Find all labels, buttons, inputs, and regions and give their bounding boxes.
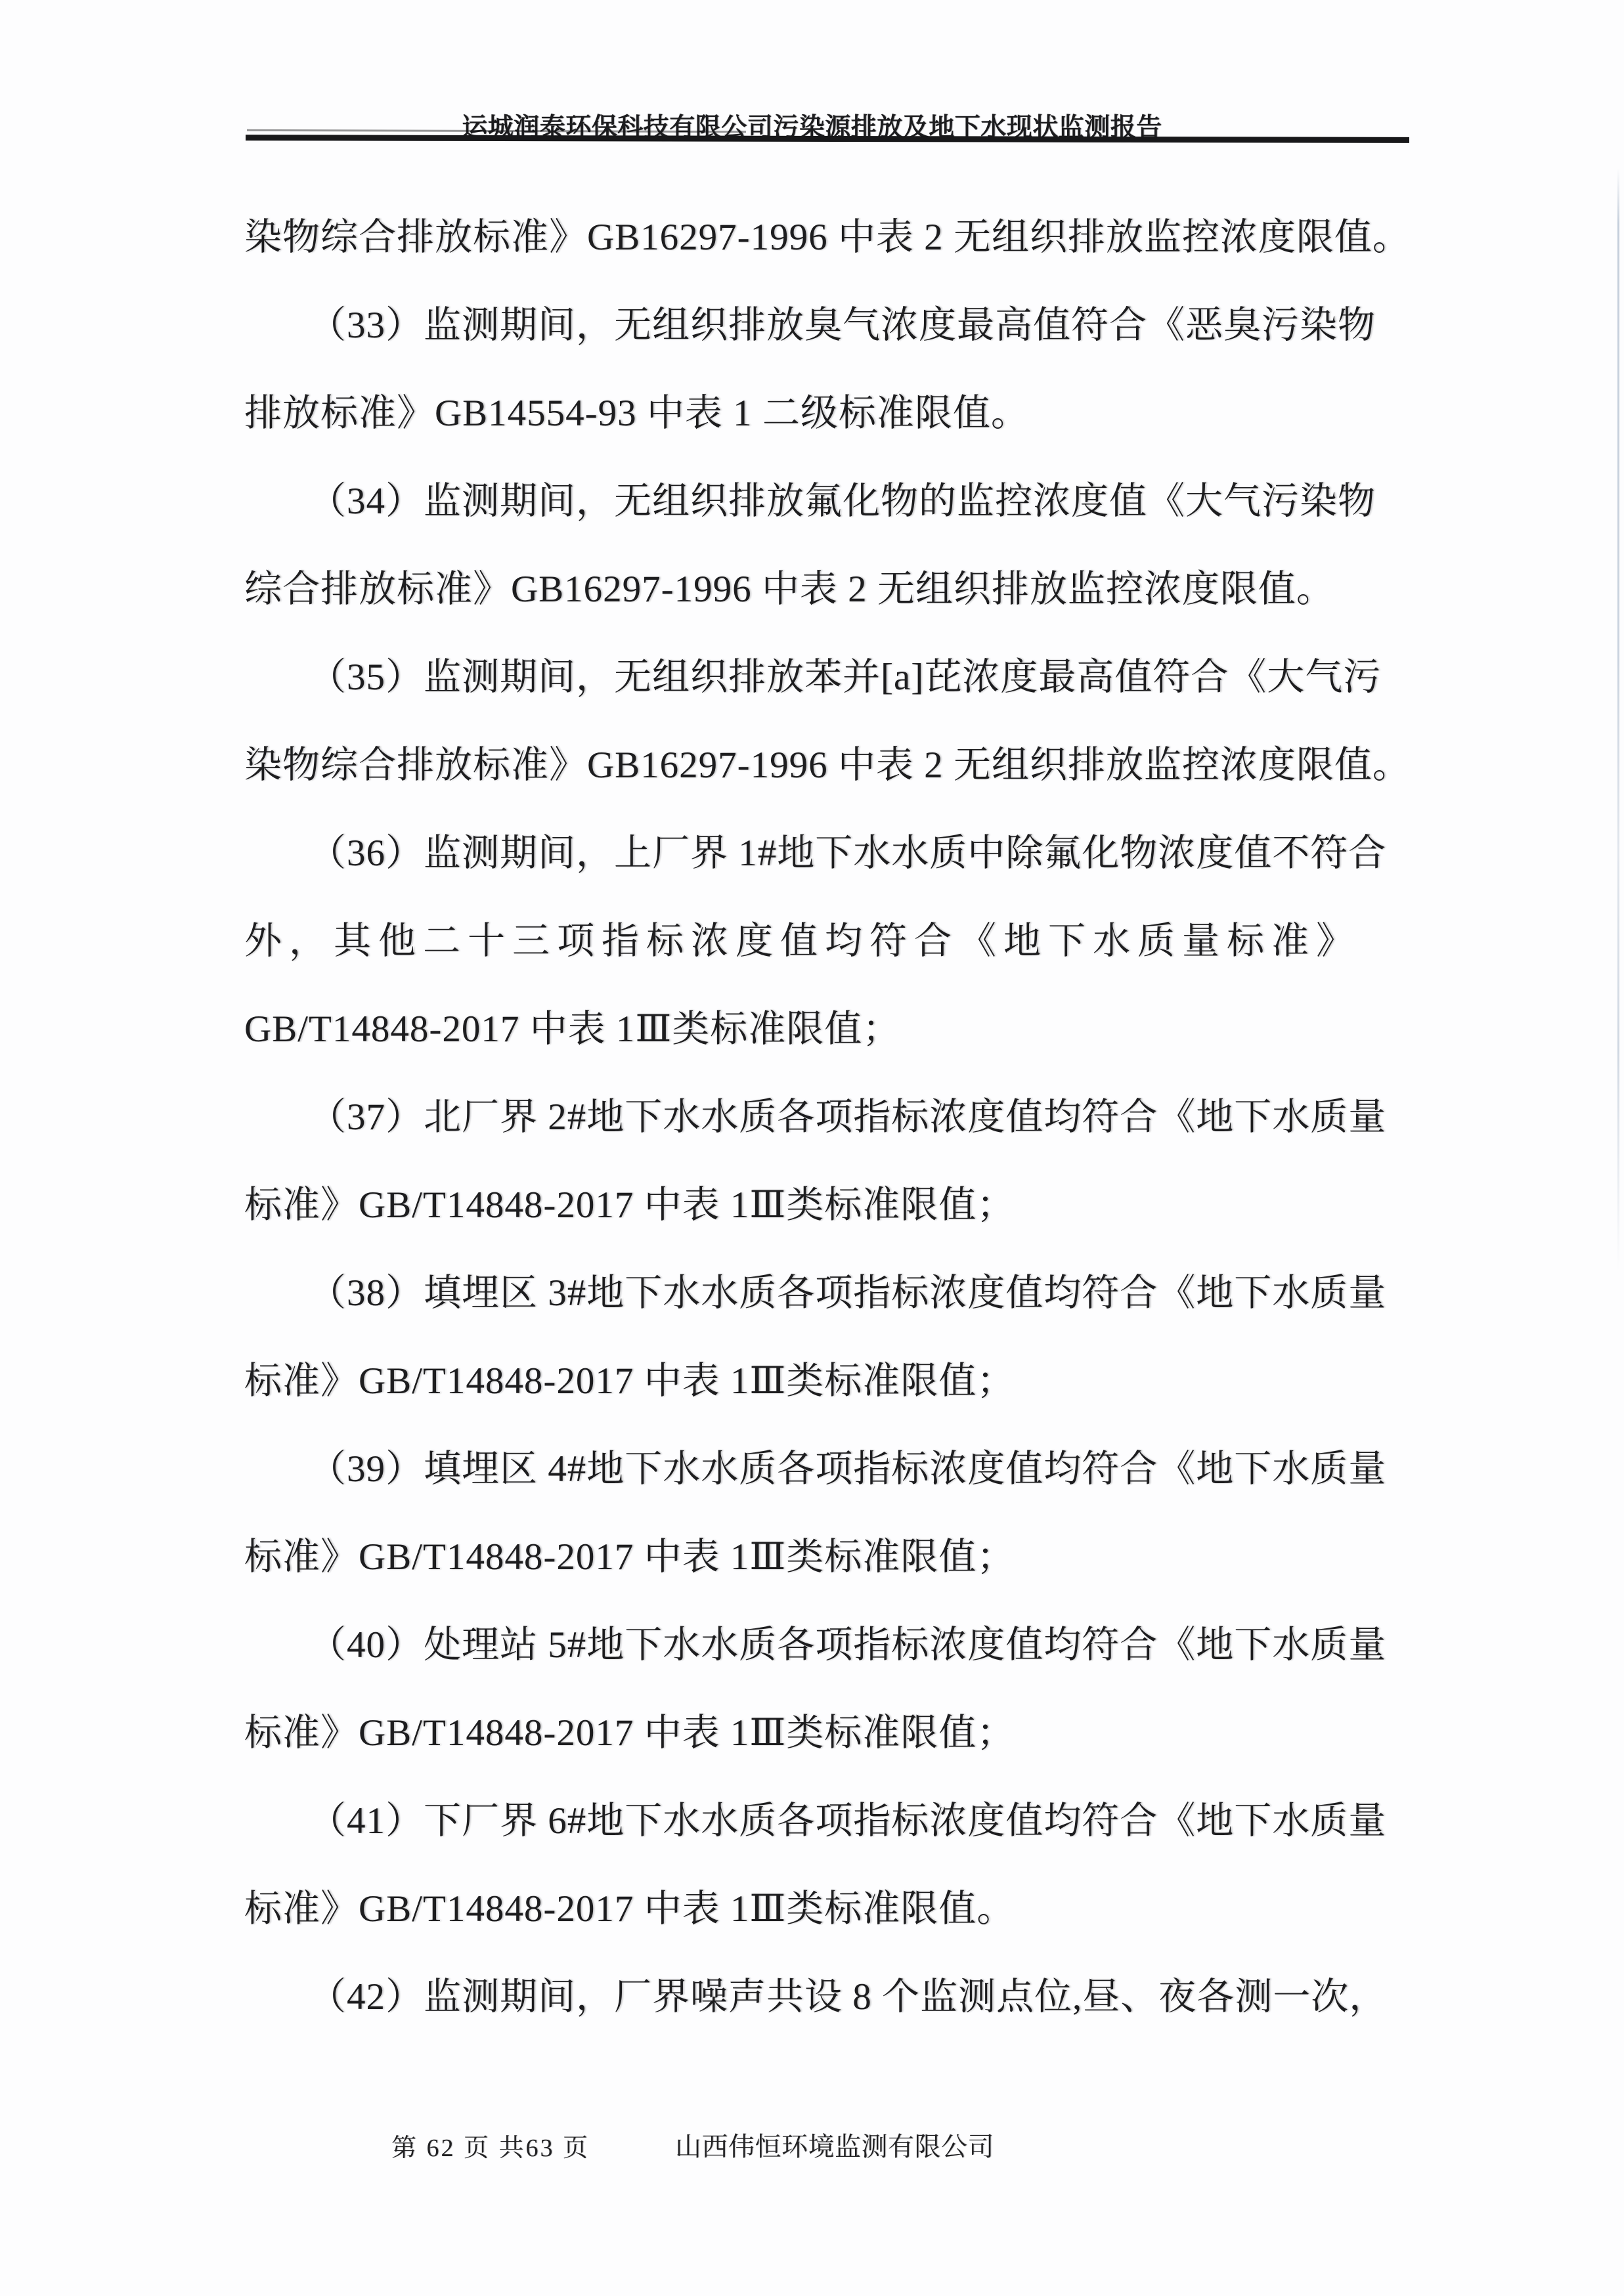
text-line: 标准》GB/T14848-2017 中表 1Ⅲ类标准限值； bbox=[244, 1337, 1416, 1425]
text-line: 标准》GB/T14848-2017 中表 1Ⅲ类标准限值。 bbox=[244, 1865, 1416, 1953]
text-line: 标准》GB/T14848-2017 中表 1Ⅲ类标准限值； bbox=[244, 1513, 1416, 1601]
text-line: 外，其他二十三项指标浓度值均符合《地下水质量标准》 bbox=[244, 898, 1416, 986]
footer-page-number: 第 62 页 共63 页 bbox=[391, 2127, 590, 2163]
text-line: 标准》GB/T14848-2017 中表 1Ⅲ类标准限值； bbox=[244, 1161, 1416, 1249]
text-line: 染物综合排放标准》GB16297-1996 中表 2 无组织排放监控浓度限值。 bbox=[244, 722, 1416, 810]
text-line: 染物综合排放标准》GB16297-1996 中表 2 无组织排放监控浓度限值。 bbox=[244, 194, 1416, 282]
text-line: （39）填埋区 4#地下水水质各项指标浓度值均符合《地下水质量 bbox=[244, 1425, 1416, 1513]
text-line: （36）监测期间，上厂界 1#地下水水质中除氟化物浓度值不符合 bbox=[244, 810, 1416, 898]
text-line: （41）下厂界 6#地下水水质各项指标浓度值均符合《地下水质量 bbox=[244, 1777, 1416, 1865]
text-line: （34）监测期间，无组织排放氟化物的监控浓度值《大气污染物 bbox=[244, 458, 1416, 546]
text-line: 综合排放标准》GB16297-1996 中表 2 无组织排放监控浓度限值。 bbox=[244, 546, 1416, 634]
text-line: （33）监测期间，无组织排放臭气浓度最高值符合《恶臭污染物 bbox=[244, 282, 1416, 370]
text-line: 排放标准》GB14554-93 中表 1 二级标准限值。 bbox=[244, 370, 1416, 458]
text-line: （40）处理站 5#地下水水质各项指标浓度值均符合《地下水质量 bbox=[244, 1601, 1416, 1689]
scan-artifact-line bbox=[1617, 168, 1619, 1271]
text-line: （37）北厂界 2#地下水水质各项指标浓度值均符合《地下水质量 bbox=[244, 1073, 1416, 1161]
report-body: 染物综合排放标准》GB16297-1996 中表 2 无组织排放监控浓度限值。 … bbox=[244, 194, 1416, 2041]
document-page: 运城润泰环保科技有限公司污染源排放及地下水现状监测报告 染物综合排放标准》GB1… bbox=[0, 0, 1624, 2296]
text-line: GB/T14848-2017 中表 1Ⅲ类标准限值； bbox=[244, 986, 1416, 1073]
footer-company-name: 山西伟恒环境监测有限公司 bbox=[675, 2126, 994, 2163]
text-line: 标准》GB/T14848-2017 中表 1Ⅲ类标准限值； bbox=[244, 1689, 1416, 1777]
text-line: （35）监测期间，无组织排放苯并[a]芘浓度最高值符合《大气污 bbox=[244, 634, 1416, 722]
text-line: （42）监测期间，厂界噪声共设 8 个监测点位,昼、夜各测一次， bbox=[244, 1953, 1416, 2041]
text-line: （38）填埋区 3#地下水水质各项指标浓度值均符合《地下水质量 bbox=[244, 1249, 1416, 1337]
